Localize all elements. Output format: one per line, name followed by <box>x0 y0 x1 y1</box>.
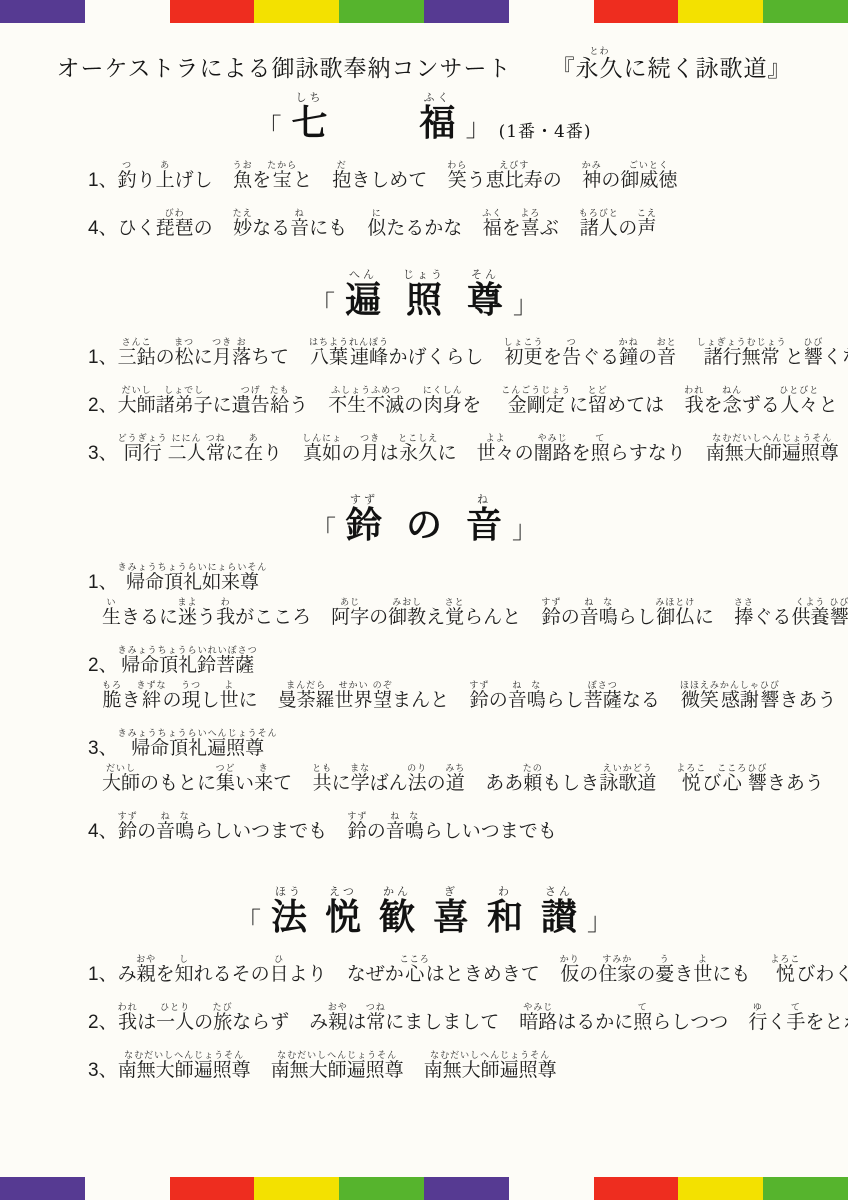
section-items: 1、三鈷さんこの松まつに月つき落おちて八葉はちよう連峰れんぽうかげくらし初更しょ… <box>88 337 848 465</box>
lyric-item: 3、帰命頂礼遍照尊きみょうちょうらいへんじょうそん大師だいしのもとに集つどい来き… <box>88 728 848 795</box>
lyric-row: 2、大師だいし諸弟子しょでしに遺告つげ給たもう不生不滅ふしょうふめつの肉身にくし… <box>88 385 848 417</box>
lyric-row: 3、帰命頂礼遍照尊きみょうちょうらいへんじょうそん <box>88 728 848 760</box>
section-heading: 「 鈴すずの音ね 」 <box>0 493 848 548</box>
line-number: 1、 <box>88 342 118 369</box>
lyric-item: 1、三鈷さんこの松まつに月つき落おちて八葉はちよう連峰れんぽうかげくらし初更しょ… <box>88 337 848 369</box>
heading-open-bracket: 「 <box>310 285 335 323</box>
lyric-phrase: 鈴すずの音ね鳴ならし御仏みほとけに <box>541 597 714 629</box>
bottom-color-bar <box>0 1177 848 1200</box>
lyric-phrase: 帰命頂礼遍照尊きみょうちょうらいへんじょうそん <box>118 728 278 760</box>
lyric-phrase: 仮かりの住家すみかの憂うき世よにも <box>560 954 751 986</box>
lyric-phrase: 諸人もろびとの声こえ <box>579 208 657 240</box>
lyric-phrase: 真如しんにょの月つきは永久とこしえに <box>302 433 456 465</box>
line-number: 4、 <box>88 816 118 843</box>
lyric-phrase: 暗路やみじはるかに照てらしつつ <box>519 1002 728 1034</box>
color-block-white <box>85 1177 170 1200</box>
line-number: 4、 <box>88 213 118 240</box>
lyric-row: 1、帰命頂礼如来尊きみょうちょうらいにょらいそん <box>88 562 848 594</box>
lyric-phrase: 生いきるに迷まよう我わがこころ <box>102 597 311 629</box>
color-block-red <box>170 0 255 23</box>
section-items: 1、帰命頂礼如来尊きみょうちょうらいにょらいそん生いきるに迷まよう我わがこころ阿… <box>88 562 848 843</box>
heading-char: 歓かん <box>379 885 415 940</box>
color-block-yellow <box>254 1177 339 1200</box>
lyric-phrase: なぜか心こころはときめきて <box>347 954 540 986</box>
lyric-phrase: 釣つり上あげし <box>118 160 213 192</box>
lyric-phrase: 我われは一人ひとりの旅たびならず <box>118 1002 290 1034</box>
lyric-row: 2、帰命頂礼鈴菩薩きみょうちょうらいれいぼさつ <box>88 645 848 677</box>
lyric-row: 4、鈴すずの音ね鳴ならしいつまでも鈴すずの音ね鳴ならしいつまでも <box>88 811 848 843</box>
color-block-yellow <box>678 0 763 23</box>
lyric-phrase: み親おやは常つねにましまして <box>309 1002 499 1034</box>
heading-title: 遍へん照じょう尊そん <box>345 268 503 323</box>
heading-char: 尊そん <box>467 268 503 323</box>
color-block-red <box>594 0 679 23</box>
section-heading: 「 法ほう悦えつ歓かん喜ぎ和わ讃さん 」 <box>0 885 848 940</box>
lyric-phrase: 悦よろこび心こころ響ひびきあう <box>676 763 824 795</box>
lyric-row: 脆もろき絆きずなの現うつし世よに曼荼羅まんだら世界せかい望のぞまんと鈴すずの音ね… <box>88 680 848 712</box>
lyric-phrase: 悦よろこびわくを覚おぼえたり <box>770 954 848 986</box>
heading-char: 悦えつ <box>325 885 361 940</box>
lyric-phrase: 三鈷さんこの松まつに月つき落おちて <box>118 337 289 369</box>
lyric-phrase: 神かみの御威徳ごいとく <box>582 160 678 192</box>
color-block-white <box>509 1177 594 1200</box>
heading-char: 和わ <box>487 885 523 940</box>
lyric-phrase: 魚うおを宝たからと <box>233 160 313 192</box>
lyric-item: 2、大師だいし諸弟子しょでしに遺告つげ給たもう不生不滅ふしょうふめつの肉身にくし… <box>88 385 848 417</box>
section: 「 法ほう悦えつ歓かん喜ぎ和わ讃さん 」 1、み親おやを知しれるその日ひよりなぜ… <box>0 885 848 1082</box>
color-block-purple <box>0 1177 85 1200</box>
line-number: 1、 <box>88 959 118 986</box>
lyric-phrase: 鈴すずの音ね鳴ならし菩薩ぼさつなる <box>469 680 660 712</box>
line-number: 2、 <box>88 1007 118 1034</box>
color-block-white <box>509 0 594 23</box>
lyric-phrase: 不生不滅ふしょうふめつの肉身にくしんを <box>328 385 481 417</box>
lyric-phrase: 鈴すずの音ね鳴ならしいつまでも <box>347 811 557 843</box>
line-number: 2、 <box>88 390 118 417</box>
lyric-row: 1、み親おやを知しれるその日ひよりなぜか心こころはときめきて仮かりの住家すみかの… <box>88 954 848 986</box>
heading-title: 七しち福ふく <box>292 91 456 146</box>
lyric-item: 4、鈴すずの音ね鳴ならしいつまでも鈴すずの音ね鳴ならしいつまでも <box>88 811 848 843</box>
heading-char: の <box>406 497 442 548</box>
lyric-phrase: 初更しょこうを告つぐる鐘かねの音おと <box>504 337 677 369</box>
heading-title: 法ほう悦えつ歓かん喜ぎ和わ讃さん <box>271 885 577 940</box>
lyric-item: 1、釣つり上あげし魚うおを宝たからと抱だきしめて笑わらう恵比寿えびすの神かみの御… <box>88 160 848 192</box>
heading-title: 鈴すずの音ね <box>346 493 502 548</box>
heading-suffix: (1番・4番) <box>499 117 592 146</box>
lyric-item: 1、帰命頂礼如来尊きみょうちょうらいにょらいそん生いきるに迷まよう我わがこころ阿… <box>88 562 848 629</box>
lyric-row: 生いきるに迷まよう我わがこころ阿字あじの御教みおしえ覚さとらんと鈴すずの音ね鳴な… <box>88 597 848 629</box>
lyric-phrase: 鈴すずの音ね鳴ならしいつまでも <box>118 811 328 843</box>
lyric-phrase: 諸行無常しょぎょうむじょうと響ひびくなり <box>697 337 848 369</box>
color-block-yellow <box>254 0 339 23</box>
section-heading: 「 遍へん照じょう尊そん 」 <box>0 268 848 323</box>
section-heading: 「 七しち福ふく 」 (1番・4番) <box>0 91 848 146</box>
line-number: 2、 <box>88 650 118 677</box>
lyric-item: 4、ひく琵琶びわの妙たえなる音ねにも似にたるかな福ふくを喜よろぶ諸人もろびとの声… <box>88 208 848 240</box>
color-block-yellow <box>678 1177 763 1200</box>
lyrics-main: 「 七しち福ふく 」 (1番・4番) 1、釣つり上あげし魚うおを宝たからと抱だき… <box>0 91 848 1082</box>
section: 「 遍へん照じょう尊そん 」 1、三鈷さんこの松まつに月つき落おちて八葉はちよう… <box>0 268 848 465</box>
lyric-row: 3、同行どうぎょう二人ににん常つねに在あり真如しんにょの月つきは永久とこしえに世… <box>88 433 848 465</box>
color-block-red <box>170 1177 255 1200</box>
lyric-phrase: 八葉はちよう連峰れんぽうかげくらし <box>309 337 484 369</box>
lyric-phrase: 微笑ほほえみ感謝かんしゃ響ひびきあう <box>680 680 837 712</box>
section-items: 1、釣つり上あげし魚うおを宝たからと抱だきしめて笑わらう恵比寿えびすの神かみの御… <box>88 160 848 240</box>
document-title: オーケストラによる御詠歌奉納コンサート『永久とわに続く詠歌道』 <box>0 47 848 83</box>
lyric-phrase: ひく琵琶びわの <box>118 208 213 240</box>
section: 「 鈴すずの音ね 」 1、帰命頂礼如来尊きみょうちょうらいにょらいそん生いきるに… <box>0 493 848 843</box>
lyric-phrase: 共ともに学まなばん法のりの道みち <box>312 763 465 795</box>
heading-char: 讃さん <box>541 885 577 940</box>
lyric-phrase: 笑わらう恵比寿えびすの <box>447 160 562 192</box>
title-phrase: 『永久とわに続く詠歌道』 <box>552 47 792 83</box>
heading-char: 照じょう <box>403 268 445 323</box>
lyric-phrase: 脆もろき絆きずなの現うつし世よに <box>102 680 258 712</box>
lyric-phrase: 抱だきしめて <box>332 160 427 192</box>
color-block-red <box>594 1177 679 1200</box>
lyric-row: 1、三鈷さんこの松まつに月つき落おちて八葉はちよう連峰れんぽうかげくらし初更しょ… <box>88 337 848 369</box>
lyric-phrase: 南無大師遍照尊なむだいしへんじょうそん <box>424 1050 557 1082</box>
heading-open-bracket: 「 <box>236 902 261 940</box>
color-block-green <box>339 1177 424 1200</box>
lyric-phrase: 阿字あじの御教みおしえ覚さとらんと <box>331 597 521 629</box>
lyric-item: 2、我われは一人ひとりの旅たびならずみ親おやは常つねにましまして暗路やみじはるか… <box>88 1002 848 1034</box>
section-items: 1、み親おやを知しれるその日ひよりなぜか心こころはときめきて仮かりの住家すみかの… <box>88 954 848 1082</box>
lyric-item: 3、同行どうぎょう二人ににん常つねに在あり真如しんにょの月つきは永久とこしえに世… <box>88 433 848 465</box>
color-block-purple <box>424 1177 509 1200</box>
heading-close-bracket: 」 <box>512 510 537 548</box>
title-phrase: オーケストラによる御詠歌奉納コンサート <box>56 50 511 83</box>
lyric-row: 1、釣つり上あげし魚うおを宝たからと抱だきしめて笑わらう恵比寿えびすの神かみの御… <box>88 160 848 192</box>
color-block-green <box>339 0 424 23</box>
line-number: 3、 <box>88 1055 118 1082</box>
lyric-phrase: 世々よよの闇路やみじを照てらすなり <box>477 433 686 465</box>
lyric-item: 1、み親おやを知しれるその日ひよりなぜか心こころはときめきて仮かりの住家すみかの… <box>88 954 848 986</box>
lyric-phrase: 南無大師遍照尊なむだいしへんじょうそん <box>706 433 839 465</box>
heading-char: 喜ぎ <box>433 885 469 940</box>
lyric-phrase: 大師だいし諸弟子しょでしに遺告つげ給たもう <box>118 385 309 417</box>
lyric-phrase: 金剛定こんごうじょうに留とどめては <box>501 385 664 417</box>
heading-char: 七しち <box>292 91 328 146</box>
lyric-phrase: 帰命頂礼鈴菩薩きみょうちょうらいれいぼさつ <box>118 645 258 677</box>
heading-char: 音ね <box>466 493 502 548</box>
lyric-phrase: 行ゆく手てをとわに守もり給たもう <box>748 1002 848 1034</box>
lyric-phrase: 捧ささぐる供養くよう響ひびきあう <box>734 597 848 629</box>
color-block-white <box>85 0 170 23</box>
lyric-phrase: 曼荼羅まんだら世界せかい望のぞまんと <box>278 680 450 712</box>
lyric-row: 3、南無大師遍照尊なむだいしへんじょうそん南無大師遍照尊なむだいしへんじょうそん… <box>88 1050 848 1082</box>
lyric-phrase: 大師だいしのもとに集つどい来きて <box>102 763 292 795</box>
lyric-phrase: 南無大師遍照尊なむだいしへんじょうそん <box>118 1050 251 1082</box>
heading-char: 鈴すず <box>346 493 382 548</box>
heading-char: 法ほう <box>271 885 307 940</box>
lyric-phrase: 似にたるかな <box>367 208 462 240</box>
line-number: 3、 <box>88 733 118 760</box>
heading-close-bracket: 」 <box>513 285 538 323</box>
color-block-green <box>763 0 848 23</box>
lyric-item: 2、帰命頂礼鈴菩薩きみょうちょうらいれいぼさつ脆もろき絆きずなの現うつし世よに曼… <box>88 645 848 712</box>
lyric-row: 2、我われは一人ひとりの旅たびならずみ親おやは常つねにましまして暗路やみじはるか… <box>88 1002 848 1034</box>
line-number: 1、 <box>88 165 118 192</box>
heading-char: 福ふく <box>420 91 456 146</box>
lyric-phrase: 我われを念ねんずる人々ひとびとと <box>684 385 838 417</box>
lyric-row: 大師だいしのもとに集つどい来きて共ともに学まなばん法のりの道みちああ頼たのもしき… <box>88 763 848 795</box>
color-block-purple <box>0 0 85 23</box>
top-color-bar <box>0 0 848 23</box>
lyric-phrase: 同行どうぎょう二人ににん常つねに在あり <box>118 433 283 465</box>
heading-open-bracket: 「 <box>257 108 282 146</box>
lyric-phrase: 妙たえなる音ねにも <box>233 208 348 240</box>
lyric-phrase: 帰命頂礼如来尊きみょうちょうらいにょらいそん <box>118 562 268 594</box>
heading-close-bracket: 」 <box>587 902 612 940</box>
section: 「 七しち福ふく 」 (1番・4番) 1、釣つり上あげし魚うおを宝たからと抱だき… <box>0 91 848 240</box>
color-block-purple <box>424 0 509 23</box>
lyric-phrase: 福ふくを喜よろぶ <box>482 208 559 240</box>
color-block-green <box>763 1177 848 1200</box>
lyric-item: 3、南無大師遍照尊なむだいしへんじょうそん南無大師遍照尊なむだいしへんじょうそん… <box>88 1050 848 1082</box>
line-number: 1、 <box>88 567 118 594</box>
lyric-row: 4、ひく琵琶びわの妙たえなる音ねにも似にたるかな福ふくを喜よろぶ諸人もろびとの声… <box>88 208 848 240</box>
heading-open-bracket: 「 <box>311 510 336 548</box>
program-page: オーケストラによる御詠歌奉納コンサート『永久とわに続く詠歌道』 「 七しち福ふく… <box>0 0 848 1200</box>
heading-char: 遍へん <box>345 268 381 323</box>
lyric-phrase: 南無大師遍照尊なむだいしへんじょうそん <box>271 1050 404 1082</box>
line-number: 3、 <box>88 438 118 465</box>
lyric-phrase: ああ頼たのもしき詠歌道えいかどう <box>485 763 656 795</box>
heading-close-bracket: 」 <box>466 108 491 146</box>
lyric-phrase: み親おやを知しれるその日ひより <box>118 954 327 986</box>
